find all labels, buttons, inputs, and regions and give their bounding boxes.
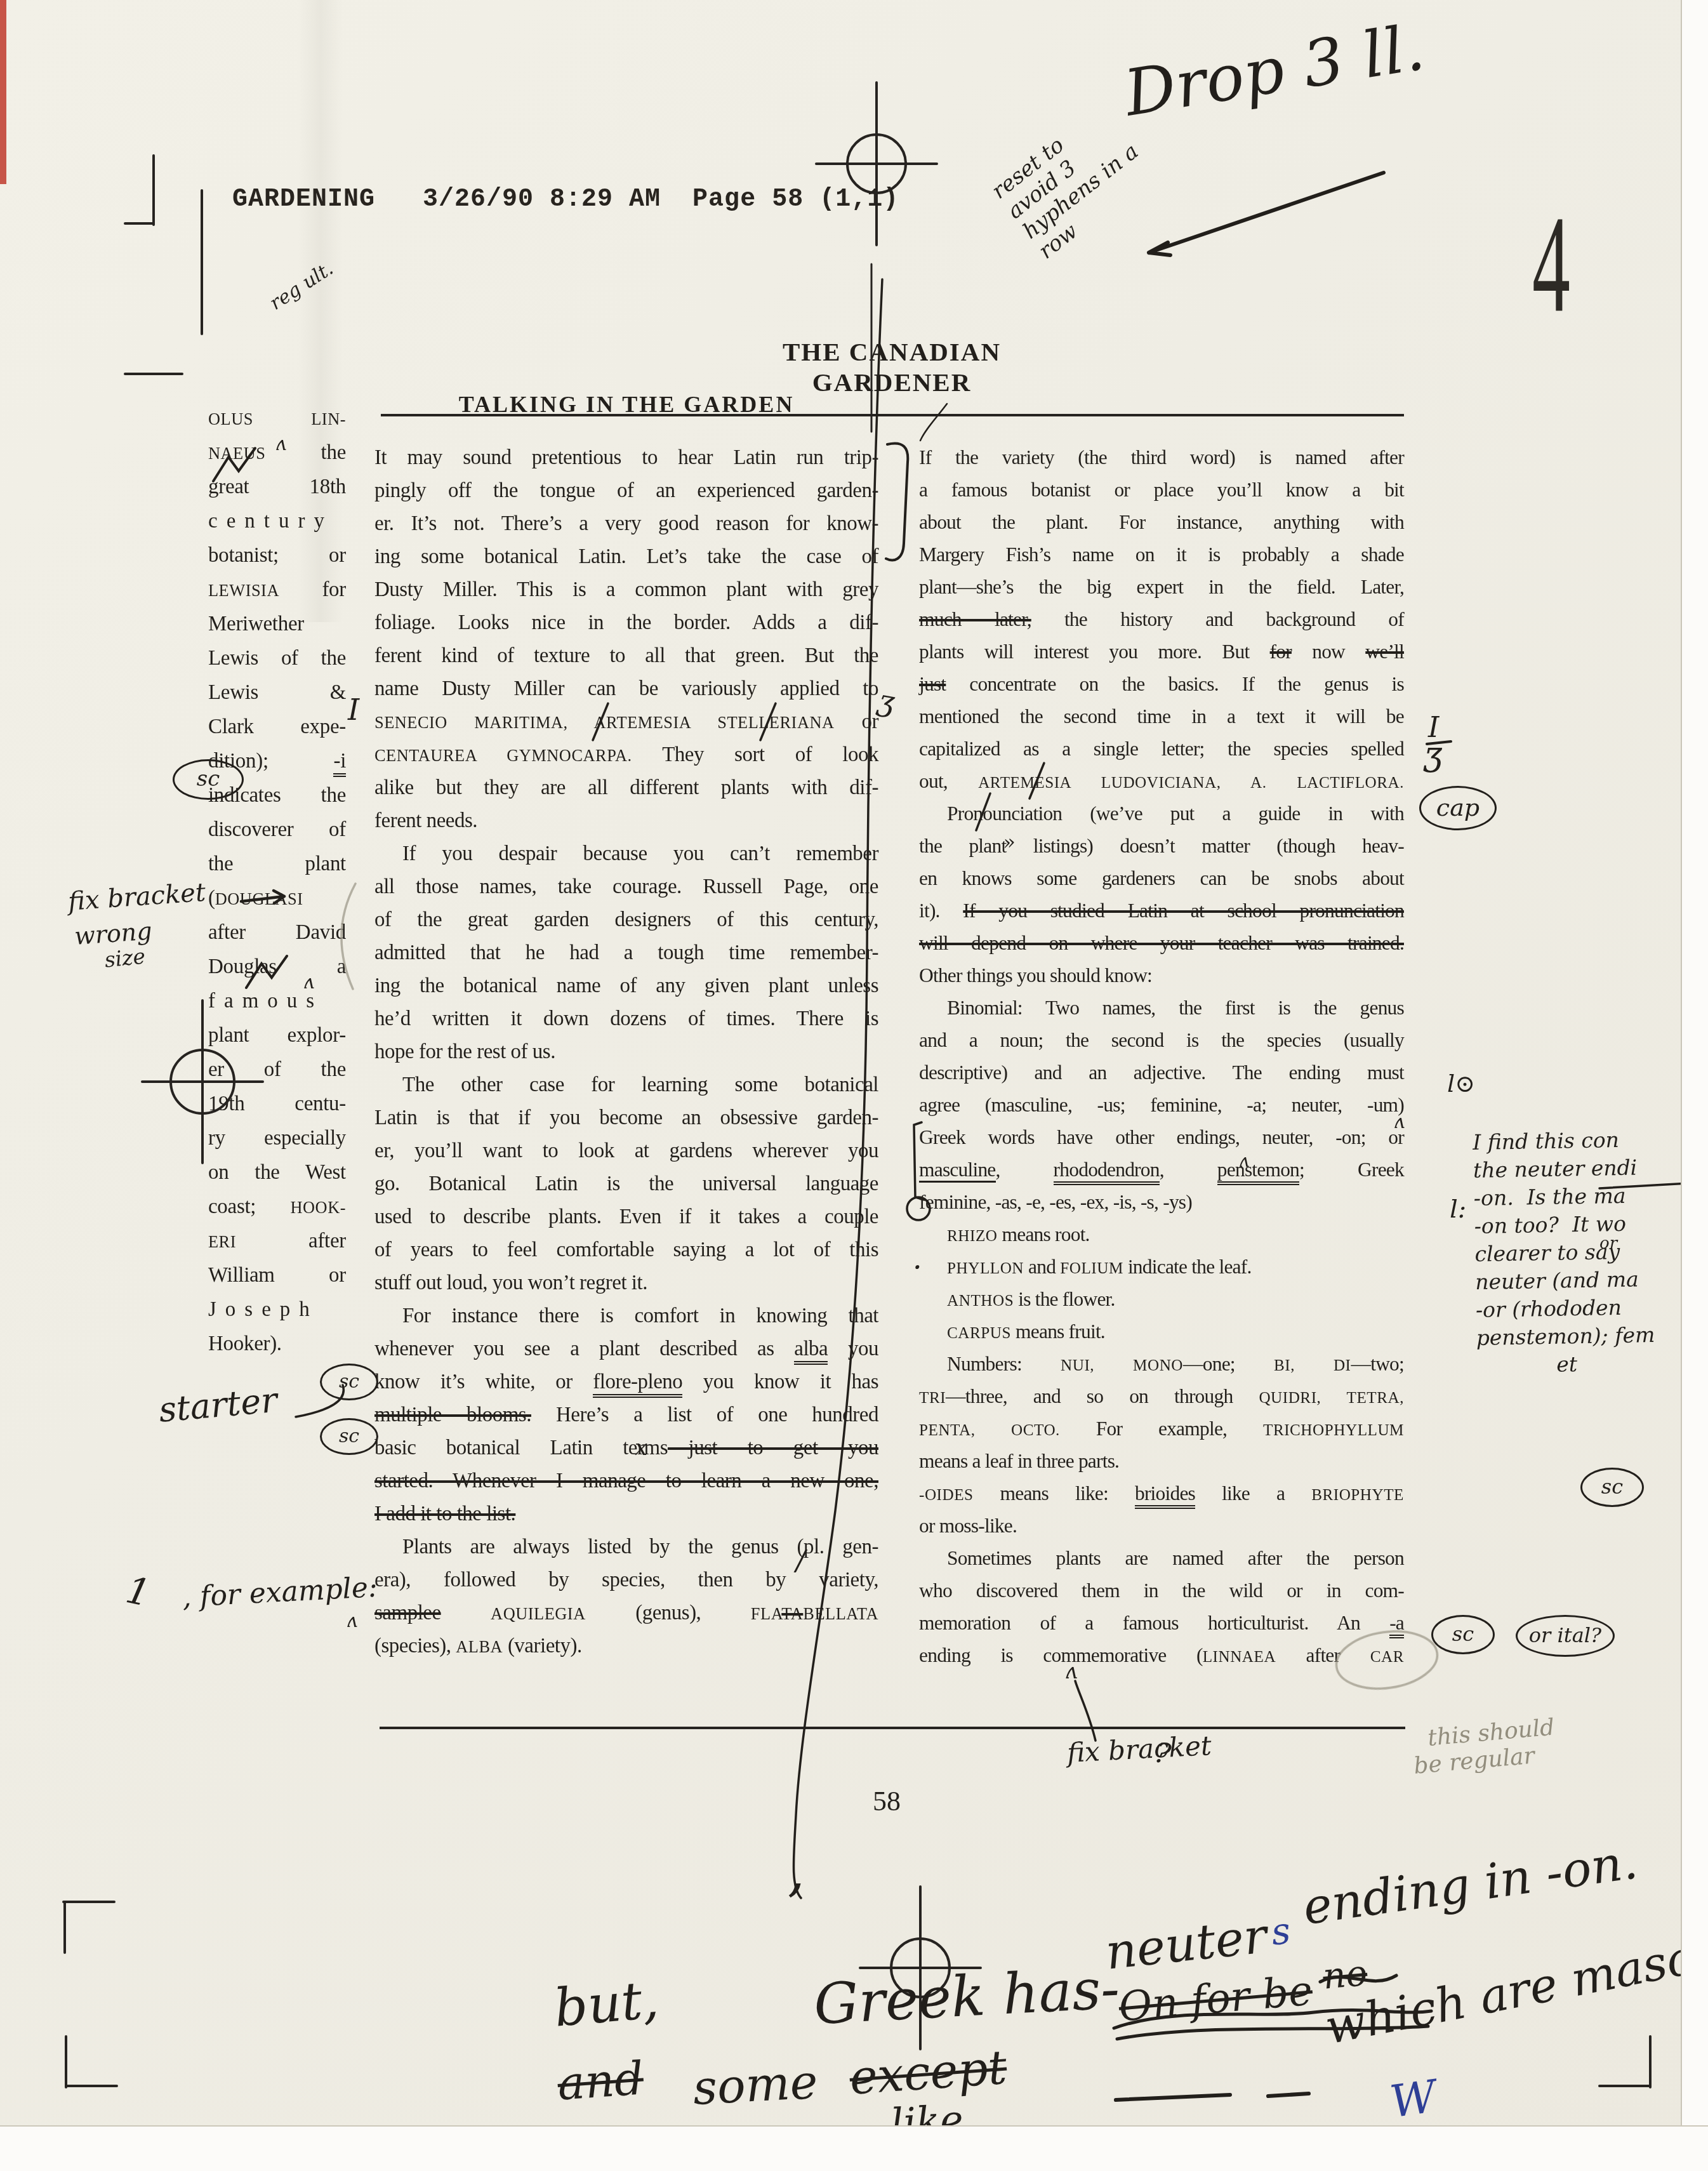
text-line: plants will interest you more. But for n… (919, 635, 1404, 668)
drop-note-underline-arrow (1149, 173, 1384, 255)
text-line: OLUS LIN- (208, 401, 346, 435)
text-line: great 18th (208, 470, 346, 504)
text-line: ry especially (208, 1121, 346, 1155)
text-line: he’d written it down dozens of times. Th… (374, 1002, 878, 1035)
sc-mark-4: sc (1580, 1468, 1644, 1507)
text-line: ferent needs. (374, 804, 878, 837)
drop-note: Drop 3 ll. (1120, 14, 1429, 127)
text-line: Dusty Miller. This is a common plant wit… (374, 573, 878, 606)
text-line: century (208, 504, 346, 538)
l-colon-mark: l: (1450, 1196, 1466, 1223)
text-line: name Dusty Miller can be variously appli… (374, 672, 878, 705)
text-line: of the great garden designers of this ce… (374, 903, 878, 936)
text-line: If you despair because you can’t remembe… (374, 837, 878, 870)
text-line: discoverer of (208, 813, 346, 847)
text-line: the plant (208, 847, 346, 881)
text-line: ing the botanical name of any given plan… (374, 969, 878, 1002)
text-line: coast; HOOK- (208, 1190, 346, 1224)
text-line: ending is commemorative (LINNAEA after C… (919, 1639, 1404, 1671)
text-line: the plant listings) doesn’t matter (thou… (919, 830, 1404, 862)
text-line: ERI after (208, 1224, 346, 1258)
squiggle-or-mark: ʒ (876, 684, 897, 717)
proof-header: GARDENING 3/26/90 8:29 AM Page 58 (1,1) (232, 185, 899, 214)
foot-rule (380, 1727, 1405, 1729)
text-line: SENECIO MARITIMA, ARTEMESIA STELLERIANA … (374, 705, 878, 738)
text-line: know it’s white, or flore-pleno you know… (374, 1365, 878, 1398)
text-line: er of the (208, 1052, 346, 1087)
text-line: whenever you see a plant described as al… (374, 1332, 878, 1365)
page-number: 58 (858, 1785, 915, 1817)
caret-linnaea: ʌ (1065, 1661, 1077, 1683)
caret-for-example: ʌ (347, 1611, 357, 1631)
text-line: multiple blooms. Here’s a list of one hu… (374, 1398, 878, 1431)
text-line: masculine, rhododendron, penstemon; Gree… (919, 1153, 1404, 1186)
insert-i-mark: I (348, 694, 359, 725)
text-line: er, you’ll want to look at gardens where… (374, 1134, 878, 1167)
text-line: feminine, -as, -e, -es, -ex, -is, -s, -y… (919, 1186, 1404, 1218)
or-small-note: or (1599, 1235, 1617, 1252)
text-line: plant explor- (208, 1018, 346, 1052)
caret-naeus: ʌ (275, 434, 286, 455)
sc-mark-1: sc (173, 759, 244, 800)
text-line: admitted that he had a tough time rememb… (374, 936, 878, 969)
right-text-column: If the variety (the third word) is named… (919, 441, 1404, 1671)
text-line: and a noun; the second is the species (u… (919, 1024, 1404, 1056)
margin-query-note: I find this conthe neuter endi-on. Is th… (1473, 1125, 1708, 1380)
text-line: (DOUGLASI (208, 881, 346, 915)
text-line: Numbers: NUI, MONO—one; BI, DI—two; (919, 1348, 1404, 1380)
text-line: of years to feel comfortable saying a lo… (374, 1233, 878, 1266)
text-line: Other things you should know: (919, 959, 1404, 992)
scan-edge-bottom (0, 2125, 1708, 2171)
for-example-num: 1 (122, 1570, 154, 1613)
caret-douglas: ʌ (303, 973, 314, 993)
text-line: descriptive) and an adjective. The endin… (919, 1056, 1404, 1089)
starter-note: starter (157, 1383, 279, 1429)
reset-note-leader (920, 404, 947, 441)
fix-bracket-note-1c: size (103, 945, 147, 971)
hyphen-bracket (886, 443, 908, 560)
x-mark-dash: x (635, 1436, 647, 1460)
text-line: (species), ALBA (variety). (374, 1630, 878, 1663)
running-title: THE CANADIAN GARDENER (730, 336, 1054, 397)
text-line: it). If you studied Latin at school pron… (919, 894, 1404, 927)
left-text-column: It may sound pretentious to hear Latin r… (374, 441, 878, 1663)
text-line: Greek words have other endings, neuter, … (919, 1121, 1404, 1153)
text-line: ANTHOS is the flower. (919, 1283, 1404, 1315)
text-line: started. Whenever I manage to learn a ne… (374, 1464, 878, 1497)
sc-mark-3: sc (320, 1418, 378, 1455)
text-line: en knows some gardeners can be snobs abo… (919, 862, 1404, 894)
text-line: capitalized as a single letter; the spec… (919, 733, 1404, 765)
hw-ending-in-on: ending in -on. (1300, 1836, 1641, 1933)
text-line: 19th centu- (208, 1087, 346, 1121)
hw-greek-has: Greek has- (812, 1960, 1121, 2034)
scan-edge-right (1681, 0, 1708, 2171)
text-line: memoration of a famous horticulturist. A… (919, 1607, 1404, 1639)
hw-which-are-masc: which are masc. (1321, 1930, 1708, 2053)
fix-bracket-2-leader (1075, 1681, 1096, 1741)
for-example-note: , for example: (182, 1573, 378, 1612)
fix-bracket-note-2: fix bracket (1066, 1732, 1212, 1767)
text-line: after David (208, 915, 346, 950)
text-line: basic botanical Latin terms—just to get … (374, 1431, 878, 1464)
text-line: ferent kind of texture to all that green… (374, 639, 878, 672)
or-ital-mark: or ital? (1516, 1615, 1615, 1657)
text-line: plant—she’s the big expert in the field.… (919, 571, 1404, 603)
text-line: much later, the history and background o… (919, 603, 1404, 635)
hw-dashes (1116, 2094, 1309, 2100)
hw-no-struck: no (1321, 1955, 1369, 1996)
text-line: pingly off the tongue of an experienced … (374, 474, 878, 507)
hw-except-struck: except (848, 2043, 1009, 2104)
text-line: go. Botanical Latin is the universal lan… (374, 1167, 878, 1200)
text-line: Hooker). (208, 1327, 346, 1361)
text-line: foliage. Looks nice in the border. Adds … (374, 606, 878, 639)
text-line: Meriwether (208, 607, 346, 641)
caret-endings: ʌ (1239, 1152, 1249, 1170)
text-line: I add it to the list. (374, 1497, 878, 1530)
text-line: mentioned the second time in a text it w… (919, 700, 1404, 733)
ital-i-mark: I (1428, 714, 1439, 743)
text-line: er. It’s not. There’s a very good reason… (374, 507, 878, 540)
text-line: stuff out loud, you won’t regret it. (374, 1266, 878, 1299)
text-line: a famous botanist or place you’ll know a… (919, 474, 1404, 506)
text-line: PHYLLON and FOLIUM indicate the leaf. (919, 1251, 1404, 1283)
stet-mark: l⊙ (1447, 1072, 1475, 1097)
hw-on-for-be-struck: On for be (1117, 1970, 1314, 2029)
text-line: -OIDES means like: brioides like a BRIOP… (919, 1477, 1404, 1510)
text-line: famous (208, 984, 346, 1018)
text-line: It may sound pretentious to hear Latin r… (374, 441, 878, 474)
text-line: For instance there is comfort in knowing… (374, 1299, 878, 1332)
caret-um: ʌ (1394, 1112, 1405, 1132)
text-line: botanist; or (208, 538, 346, 573)
text-line: out, ARTEMESIA LUDOVICIANA, A. LACTIFLOR… (919, 765, 1404, 797)
text-line: means a leaf in three parts. (919, 1445, 1404, 1477)
scanned-proof-page: GARDENING 3/26/90 8:29 AM Page 58 (1,1) … (0, 0, 1708, 2171)
text-line: Pronounciation (we’ve put a guide in wit… (919, 797, 1404, 830)
text-line: will depend on where your teacher was tr… (919, 927, 1404, 959)
text-line: who discovered them in the wild or in co… (919, 1574, 1404, 1607)
hw-comma: ’ (786, 1876, 804, 1937)
hw-neuter: neuter (1103, 1910, 1269, 1977)
text-line: used to describe plants. Even if it take… (374, 1200, 878, 1233)
pencil-note-1: this should (1427, 1716, 1556, 1751)
text-line: Sometimes plants are named after the per… (919, 1542, 1404, 1574)
text-line: agree (masculine, -us; feminine, -a; neu… (919, 1089, 1404, 1121)
text-line: Clark expe- (208, 710, 346, 744)
text-line: TRI—three, and so on through QUIDRI, TET… (919, 1380, 1404, 1412)
sc-mark-5: sc (1431, 1615, 1495, 1654)
text-line: about the plant. For instance, anything … (919, 506, 1404, 538)
text-line: Douglas a (208, 950, 346, 984)
text-line: Margery Fish’s name on it is probably a … (919, 538, 1404, 571)
text-line: LEWISIA for (208, 573, 346, 607)
text-line: on the West (208, 1155, 346, 1190)
scan-edge-red (0, 0, 6, 184)
text-line: The other case for learning some botanic… (374, 1068, 878, 1101)
text-line: CARPUS means fruit. (919, 1315, 1404, 1348)
text-line: samplee AQUILEGIA (genus), FLATABELLATA (374, 1597, 878, 1630)
text-line: If the variety (the third word) is named… (919, 441, 1404, 474)
text-line: or moss-like. (919, 1510, 1404, 1542)
section-heading: TALKING IN THE GARDEN (374, 391, 878, 418)
text-line: just concentrate on the basics. If the g… (919, 668, 1404, 700)
text-line: PENTA, OCTO. For example, TRICHOPHYLLUM (919, 1412, 1404, 1445)
text-line: hope for the rest of us. (374, 1035, 878, 1068)
caret-variety: ∕ (796, 1546, 805, 1576)
text-line: Lewis of the (208, 641, 346, 675)
text-line: Joseph (208, 1292, 346, 1327)
fix-bracket-note-1: fix bracket (67, 879, 206, 915)
text-line: alike but they are all different plants … (374, 771, 878, 804)
text-line: Latin is that if you become an obsessive… (374, 1101, 878, 1134)
text-line: RHIZO means root. (919, 1218, 1404, 1251)
text-line: all those names, take courage. Russell P… (374, 870, 878, 903)
hw-s-insert: s (1269, 1911, 1292, 1952)
hw-w-blue: W (1387, 2073, 1439, 2126)
text-line: William or (208, 1258, 346, 1292)
text-line: CENTAUREA GYMNOCARPA. They sort of look (374, 738, 878, 771)
sc-mark-2: sc (320, 1364, 378, 1400)
squiggle-r-mark: Ʒ (1424, 744, 1442, 779)
text-line: Lewis & (208, 675, 346, 710)
cap-mark: cap (1419, 786, 1497, 830)
folio-mark: 4 (1532, 185, 1570, 344)
hw-and-struck: and (556, 2055, 645, 2109)
hw-some: some (692, 2058, 819, 2114)
text-line: Binomial: Two names, the first is the ge… (919, 992, 1404, 1024)
text-line: ing some botanical Latin. Let’s take the… (374, 540, 878, 573)
hw-but: but, (552, 1973, 661, 2036)
dot-phyllon: · (913, 1252, 922, 1282)
margin-column: OLUS LIN-NAEUS thegreat 18thcenturybotan… (208, 401, 346, 1361)
